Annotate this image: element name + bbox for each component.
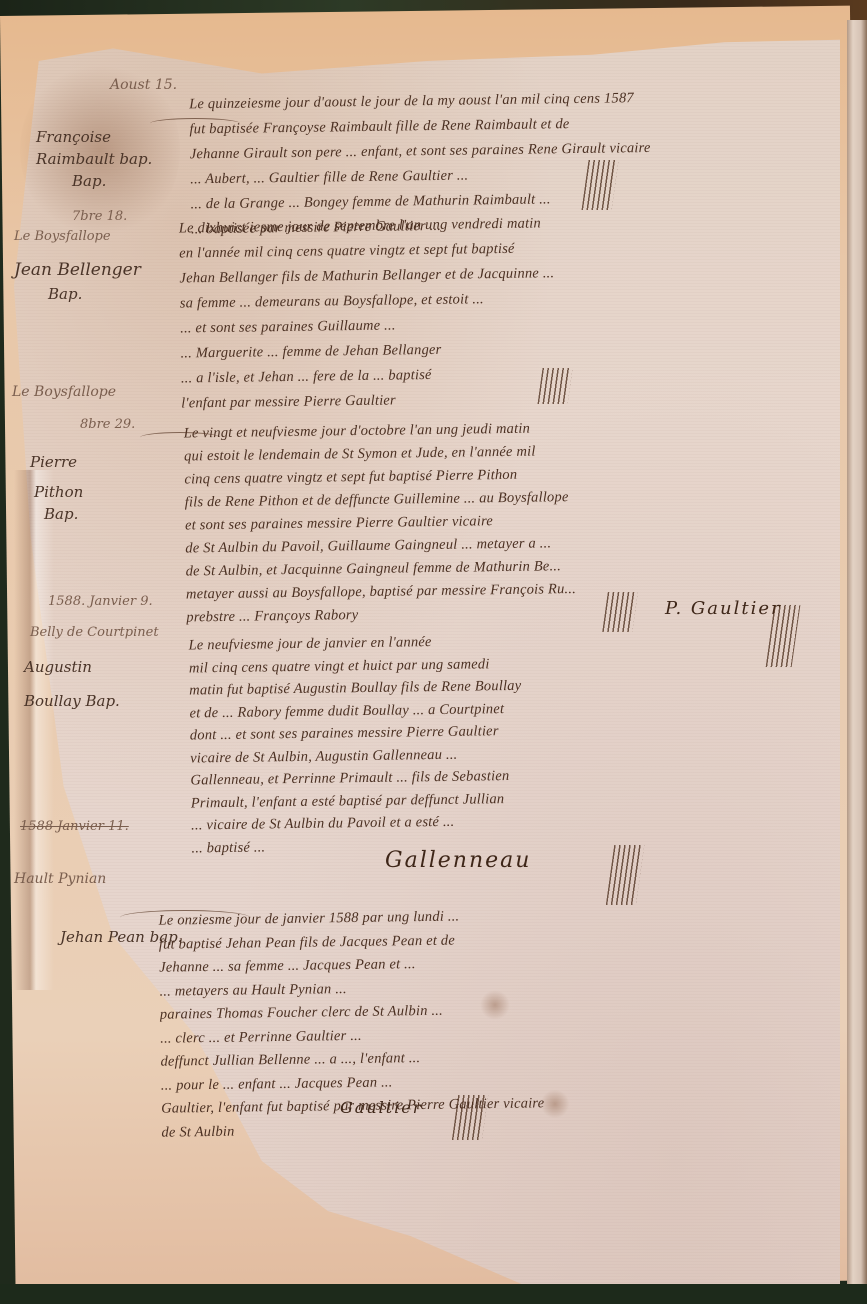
margin-place: Le Boysfallope [12, 385, 116, 399]
margin-name: Françoise [36, 130, 111, 145]
margin-name: Boullay Bap. [24, 694, 120, 709]
signature: P. Gaultier [665, 598, 782, 619]
margin-date: Aoust 15. [110, 78, 177, 92]
margin-name: Augustin [24, 660, 92, 675]
margin-name: Bap. [44, 507, 78, 522]
signature: Gaultier [340, 1098, 422, 1117]
margin-date: 1588. Janvier 9. [48, 595, 153, 608]
margin-place: Belly de Courtpinet [30, 626, 159, 639]
flourish [140, 432, 220, 443]
margin-name: Bap. [48, 287, 82, 302]
register-entry: Le onziesme jour de janvier 1588 par ung… [158, 900, 831, 1144]
paraph-mark [602, 592, 638, 632]
margin-date: 7bre 18. [72, 210, 127, 223]
register-entry: Le neufviesme jour de janvier en l'année… [188, 626, 831, 860]
register-entry: Le dixhuict iesme jour de septembre l'an… [179, 208, 822, 417]
margin-name: Raimbault bap. [36, 152, 152, 167]
page-tear [14, 470, 54, 990]
margin-name: Pithon [34, 485, 83, 500]
paraph-mark [537, 368, 572, 404]
margin-place: Le Boysfallope [14, 230, 111, 243]
margin-name: Bap. [72, 174, 106, 189]
signature: Gallenneau [385, 848, 531, 873]
margin-name: Jean Bellenger [14, 262, 141, 279]
flourish [120, 910, 250, 925]
margin-date: 8bre 29. [80, 418, 135, 431]
margin-name: Pierre [30, 455, 77, 470]
book-spine [847, 20, 867, 1304]
paraph-mark [452, 1095, 488, 1140]
flourish [150, 118, 240, 129]
background-bottom [0, 1284, 867, 1304]
margin-date: 1588 Janvier 11. [20, 820, 129, 833]
margin-place: Hault Pynian [14, 872, 106, 886]
